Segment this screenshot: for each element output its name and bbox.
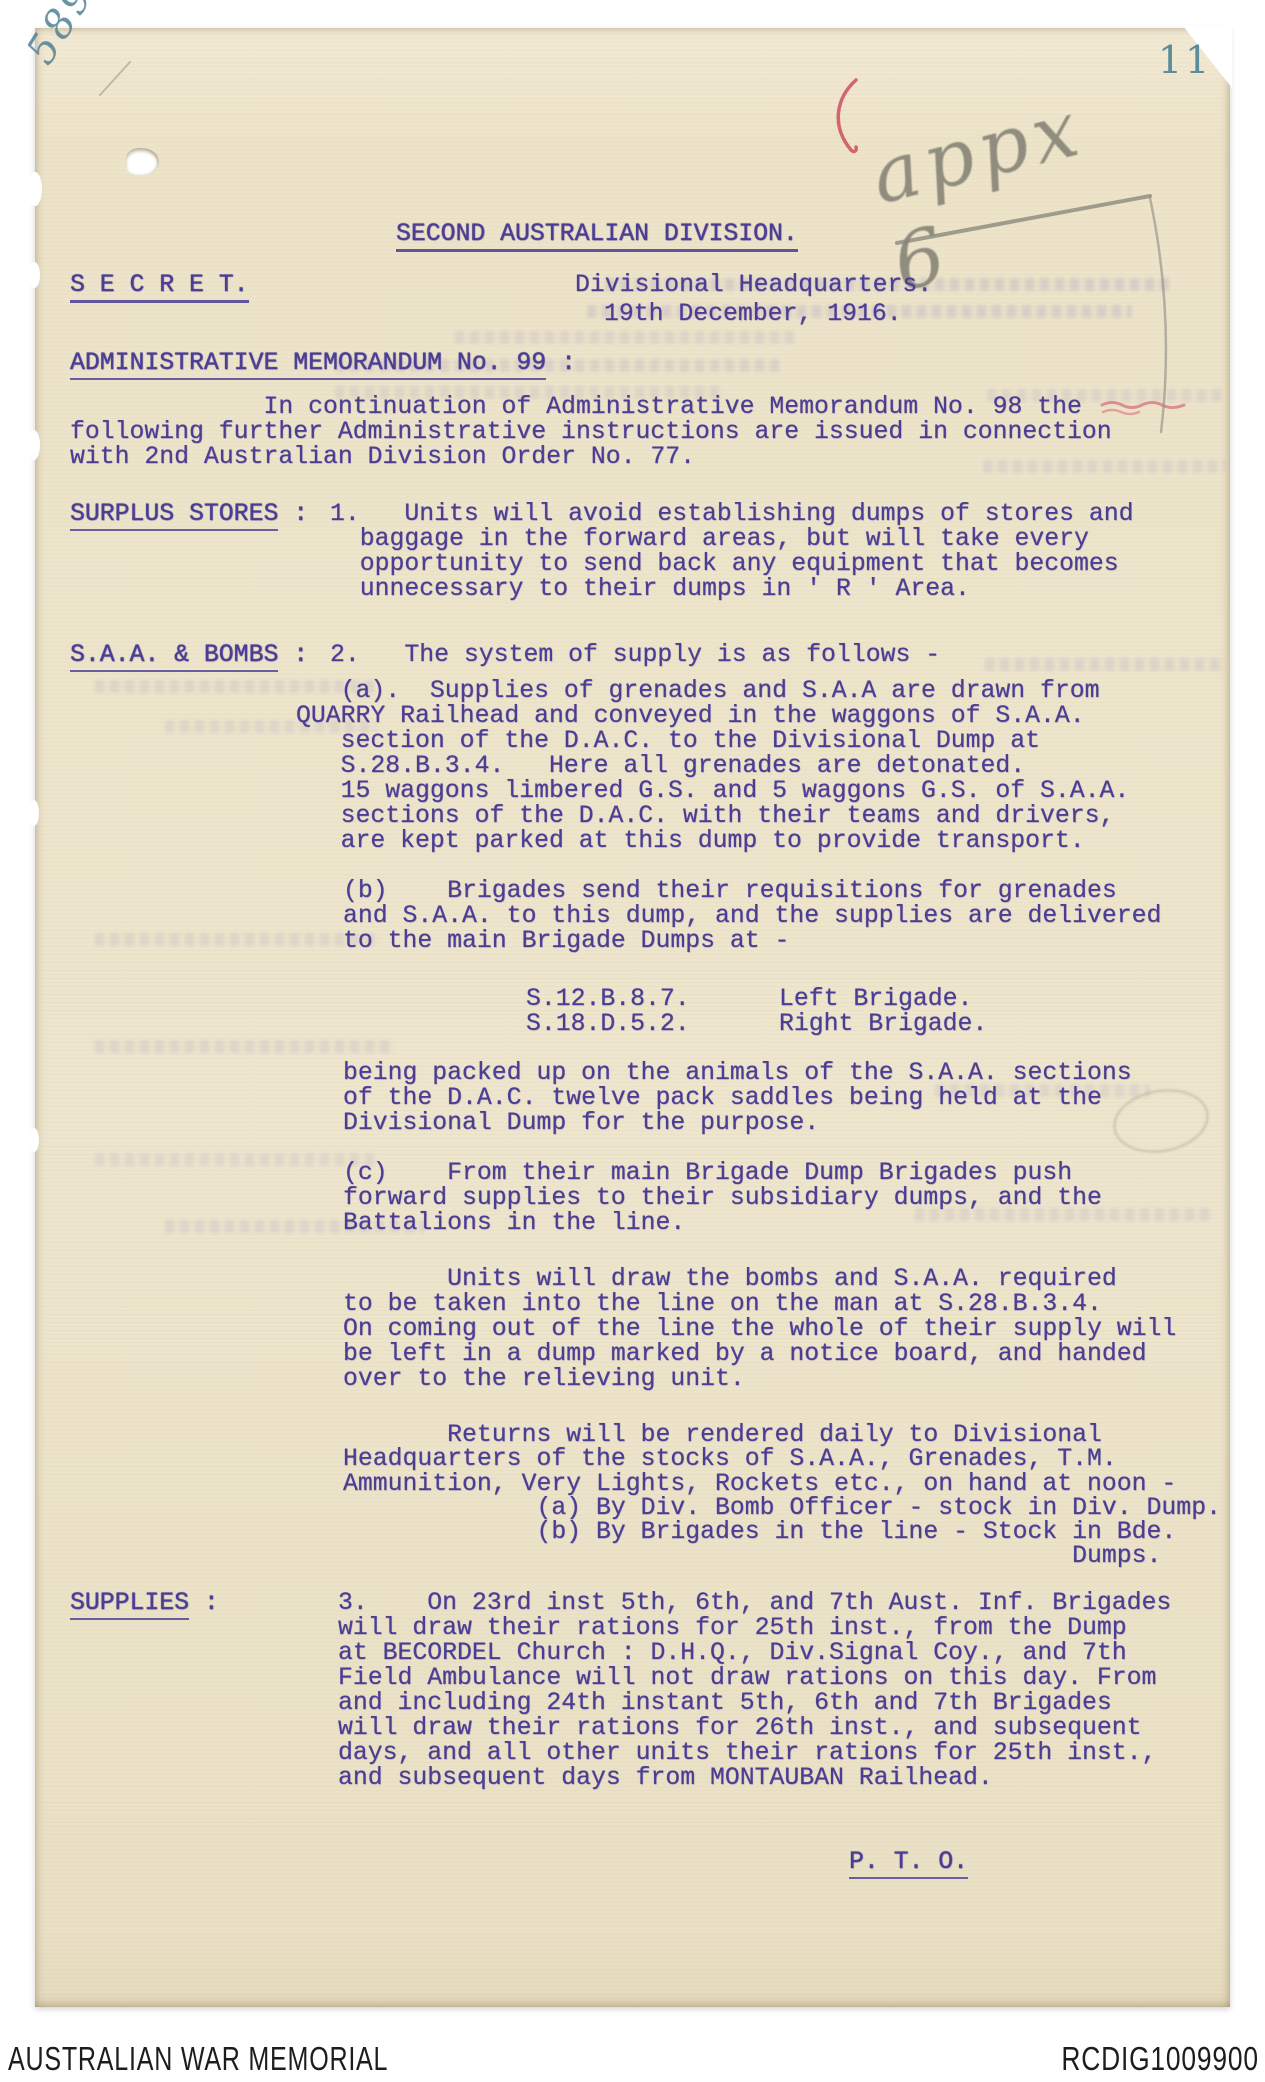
bleed-through-smudge (455, 331, 795, 344)
brigade-dump-coordinates: S.12.B.8.7. Left Brigade. S.18.D.5.2. Ri… (526, 987, 987, 1037)
document-scan-page: 589 11 appx 6 SECOND AUSTRALIAN DIVISION… (0, 0, 1265, 2082)
paragraph-2b-requisitions: (b) Brigades send their requisitions for… (343, 879, 1161, 954)
torn-hole (126, 148, 159, 175)
paragraph-3-supplies: 3. On 23rd inst 5th, 6th, and 7th Aust. … (338, 1591, 1171, 1791)
doc-title: SECOND AUSTRALIAN DIVISION. (396, 222, 798, 247)
section-label-supplies: SUPPLIES : (70, 1591, 219, 1616)
section-label-surplus-stores: SURPLUS STORES : (70, 502, 308, 527)
footer-reference: RCDIG1009900 (1062, 2040, 1259, 2078)
memo-heading-colon: : (546, 349, 576, 377)
paragraph-returns: Returns will be rendered daily to Divisi… (343, 1423, 1221, 1569)
edge-tear (28, 430, 40, 460)
intro-paragraph: In continuation of Administrative Memora… (70, 395, 1112, 470)
section-label-saa-bombs: S.A.A. & BOMBS : (70, 643, 308, 668)
classification-marking: S E C R E T. (70, 273, 249, 298)
pto-note: P. T. O. (849, 1850, 968, 1875)
paragraph-units-draw: Units will draw the bombs and S.A.A. req… (343, 1267, 1176, 1392)
paragraph-1-surplus-stores: 1. Units will avoid establishing dumps o… (330, 502, 1134, 602)
footer-source: AUSTRALIAN WAR MEMORIAL (8, 2040, 388, 2078)
bleed-through-smudge (95, 933, 380, 946)
edge-tear (28, 172, 42, 206)
paragraph-2a-supply-system: (a). Supplies of grenades and S.A.A are … (296, 679, 1129, 854)
bleed-through-smudge (95, 1153, 375, 1166)
edge-tear (29, 1128, 39, 1152)
paragraph-2-head: 2. The system of supply is as follows - (330, 643, 940, 668)
doc-title-text: SECOND AUSTRALIAN DIVISION. (396, 220, 798, 252)
date-line: 19th December, 1916. (604, 302, 902, 327)
edge-tear (29, 800, 39, 826)
issuer-line: Divisional Headquarters. (575, 273, 932, 298)
page-number-stamp: 11 (1158, 38, 1212, 82)
bleed-through-smudge (985, 658, 1225, 671)
paragraph-packing: being packed up on the animals of the S.… (343, 1061, 1132, 1136)
edge-tear (29, 262, 40, 288)
bleed-through-smudge (95, 1040, 395, 1053)
paragraph-2c-forward-supplies: (c) From their main Brigade Dump Brigade… (343, 1161, 1102, 1236)
memo-heading: ADMINISTRATIVE MEMORANDUM No. 99 : (70, 351, 576, 376)
